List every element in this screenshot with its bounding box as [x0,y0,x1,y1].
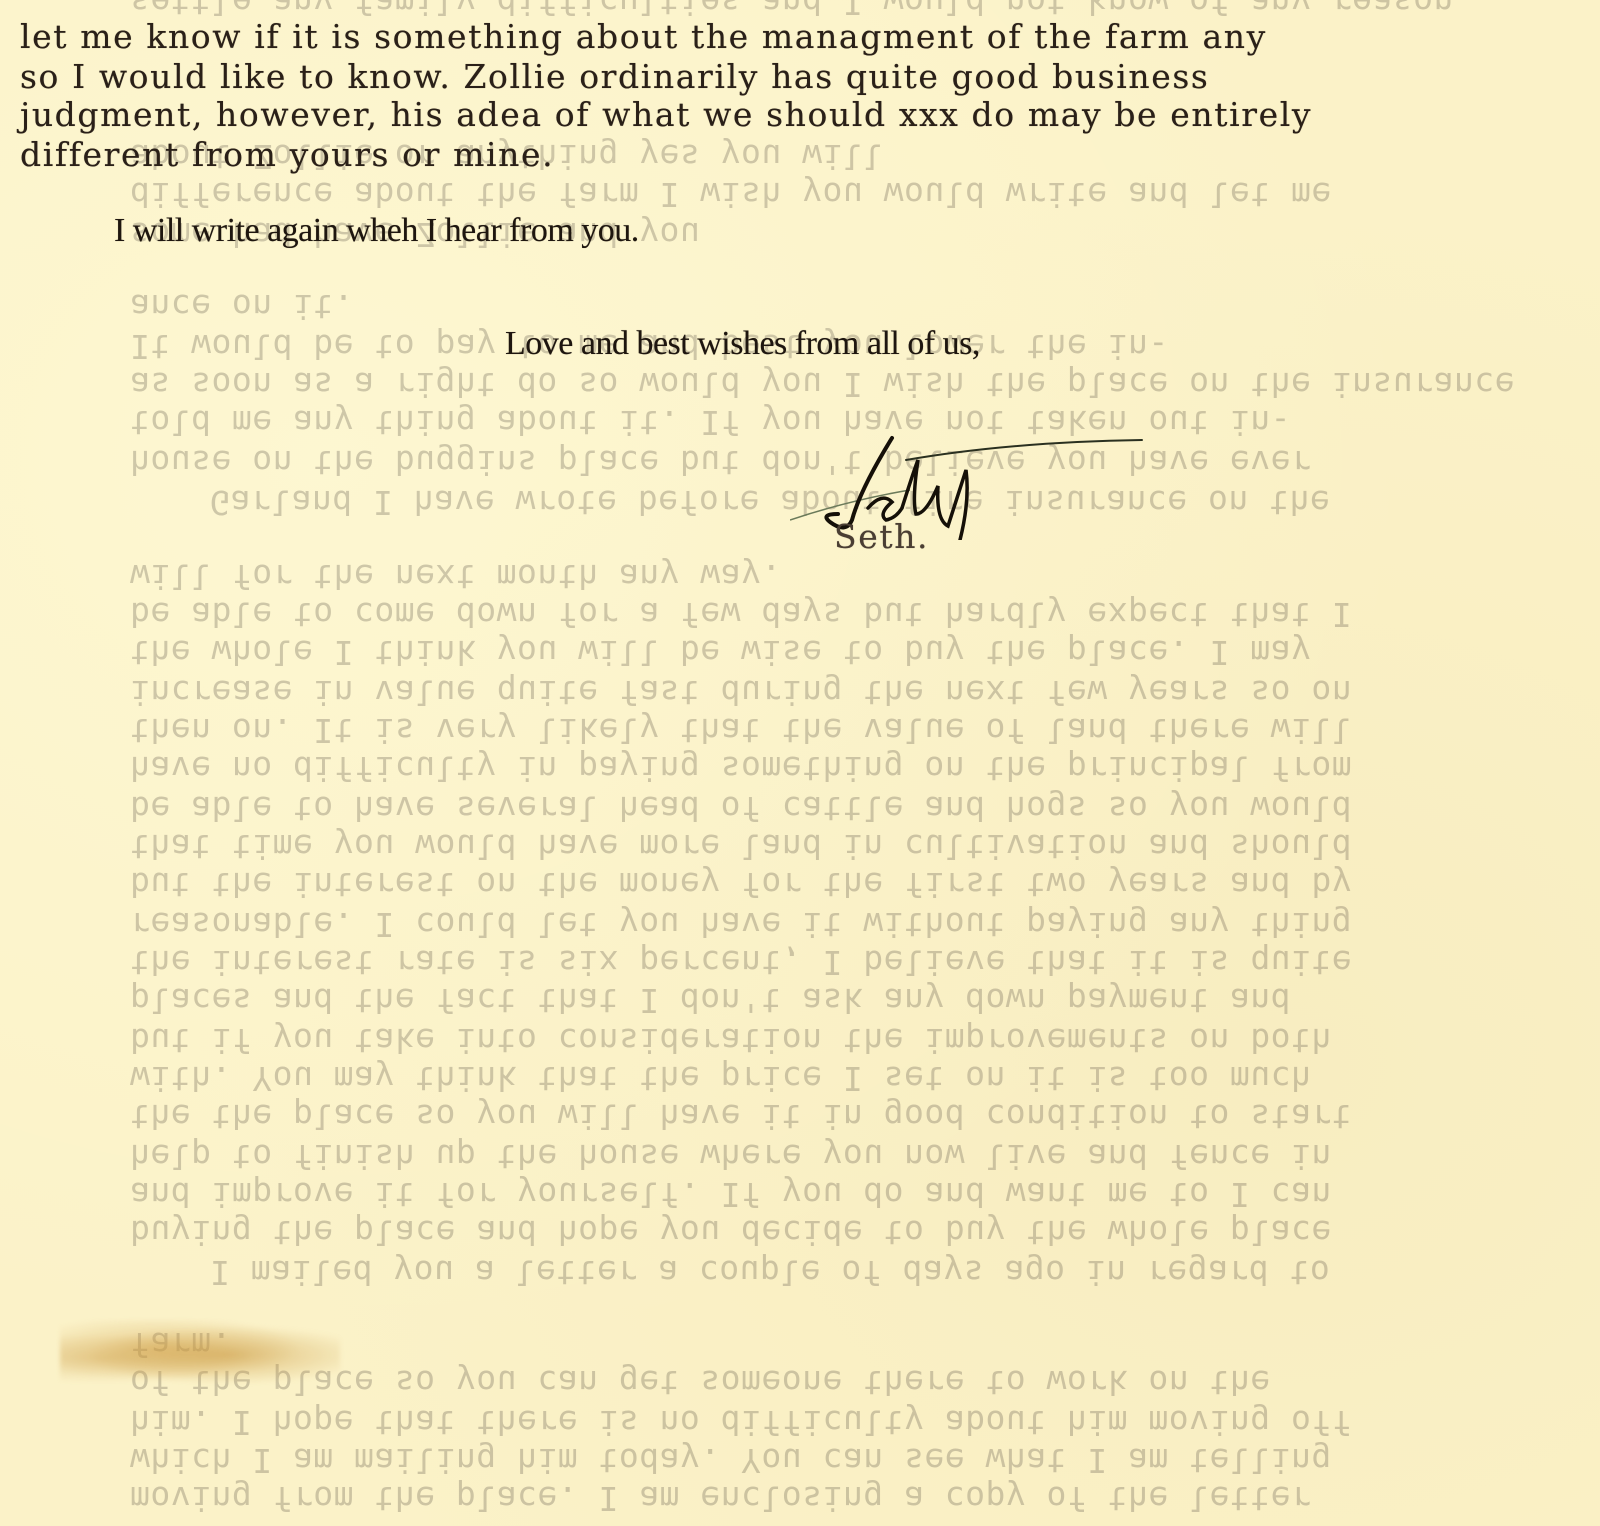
bleed-line: and improve it for yourself. If you do a… [130,1178,1332,1211]
bleed-line: the the place so you will have it in goo… [130,1100,1352,1133]
bleed-line: have no difficulty in paying something o… [130,752,1352,785]
typed-signature: Seth. [834,520,929,553]
letter-line: judgment, however, his adea of what we s… [20,98,1312,131]
bleed-line: that time you would have more land in cu… [130,830,1352,863]
letter-line: so I would like to know. Zollie ordinari… [20,60,1209,93]
letter-line: I will write again wheh I hear from you. [114,214,639,248]
bleed-line: with. You may think that the price I set… [130,1062,1311,1095]
letter-line: different from yours or mine. [20,138,554,171]
bleed-line: as soon as a right do so would you I wis… [130,368,1515,401]
bleed-line: will for the next month any way. [130,560,782,593]
bleed-line: increase in value quite fast during the … [130,676,1352,709]
letter-line: let me know if it is something about the… [20,20,1267,53]
bleed-line: moving from the place. I am enclosing a … [130,1482,1311,1515]
bleed-line: him. I hope that there is no difficulty … [130,1406,1352,1439]
bleed-line: I mailed you a letter a couple of days a… [210,1256,1330,1289]
bleed-line: reasonable. I could let you have it with… [130,908,1352,941]
bleed-line: which I am mailing him today. You can se… [130,1444,1332,1477]
bleed-line: ance on it. [130,290,354,323]
paper-stain [60,1320,340,1390]
bleed-line: help to finish up the house where you no… [130,1140,1332,1173]
bleed-line: buying the place and hope you decide to … [130,1216,1332,1249]
bleed-line: be able to have several head of cattle a… [130,792,1352,825]
letter-page: settle any family difficulties and I wou… [0,0,1600,1526]
letter-closing: Love and best wishes from all of us, [505,327,980,361]
bleed-line: but the interest on the money for the fi… [130,868,1352,901]
bleed-line: then on. It is very likely that the valu… [130,714,1352,747]
bleed-line: but if you take into consideration the i… [130,1024,1332,1057]
bleed-line: be able to come down for a few days but … [130,598,1352,631]
bleed-line: difference about the farm I wish you wou… [130,178,1332,211]
bleed-line: the whole I think you will be wise to bu… [130,636,1311,669]
bleed-line: the interest rate is six percent, I beli… [130,946,1352,979]
bleed-line: Garland I have wrote before about fire i… [210,486,1330,519]
bleed-line: places and the fact that I don't ask any… [130,984,1291,1017]
